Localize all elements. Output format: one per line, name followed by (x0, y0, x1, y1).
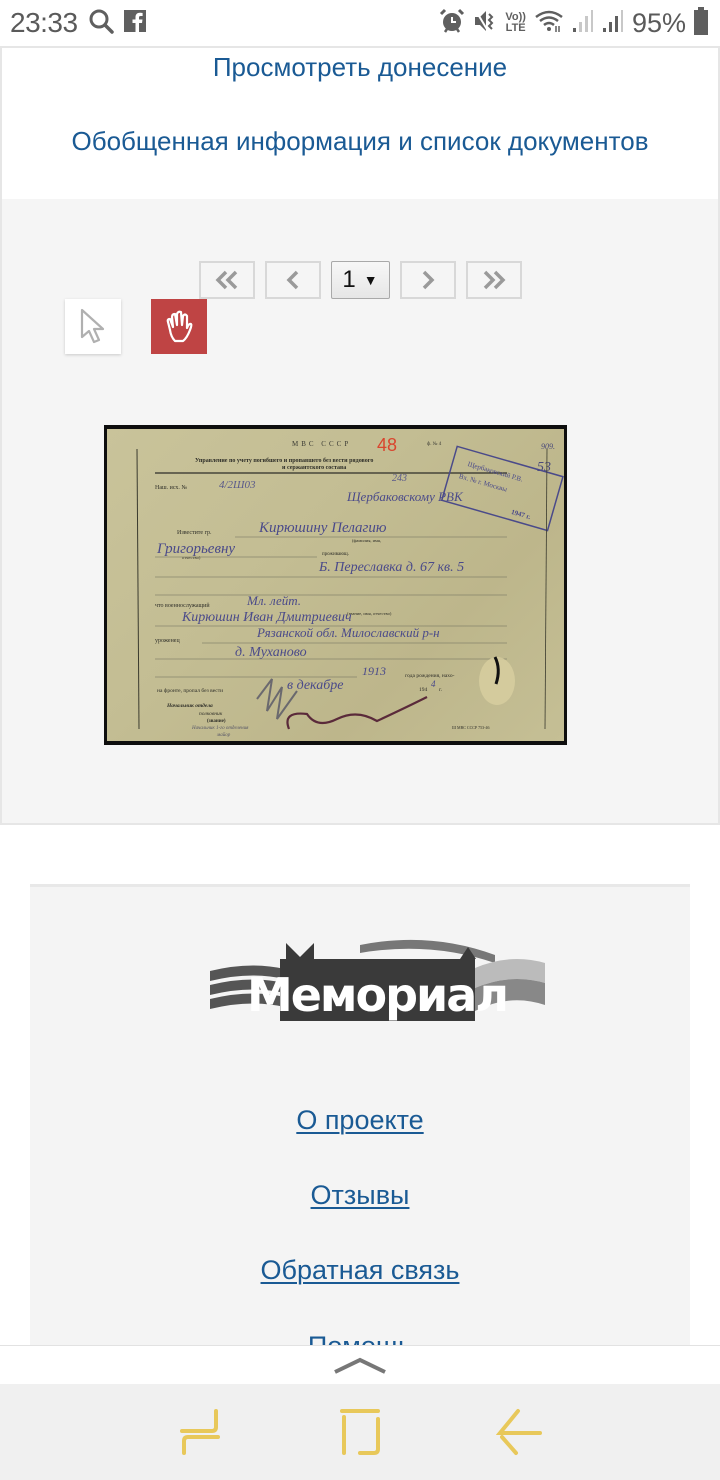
svg-text:Наш. исх. №: Наш. исх. № (155, 485, 187, 491)
svg-text:4/2Ш03: 4/2Ш03 (219, 479, 256, 491)
svg-text:Мемориал: Мемориал (247, 968, 507, 1022)
svg-text:1913: 1913 (362, 664, 386, 678)
next-page-button[interactable] (400, 261, 456, 299)
reviews-link[interactable]: Отзывы (311, 1180, 410, 1210)
battery-percent: 95% (632, 8, 686, 39)
svg-text:(звание, имя, отчество): (звание, имя, отчество) (347, 611, 392, 617)
svg-text:Управление по учету погибшего: Управление по учету погибшего и пропавше… (195, 457, 373, 464)
facebook-icon (124, 10, 146, 37)
svg-text:Начальник 1-го отделения: Начальник 1-го отделения (191, 726, 249, 731)
home-button[interactable] (330, 1402, 390, 1462)
first-page-button[interactable] (199, 261, 255, 299)
feedback-link[interactable]: Обратная связь (261, 1255, 460, 1285)
svg-text:проживающ.: проживающ. (322, 552, 349, 557)
search-icon (88, 8, 114, 39)
svg-text:Кирюшину Пелагию: Кирюшину Пелагию (258, 520, 387, 536)
svg-text:Б. Переславка д. 67 кв. 5: Б. Переславка д. 67 кв. 5 (318, 560, 464, 575)
volte-icon: Vo)) LTE (505, 12, 526, 34)
back-icon (496, 1407, 544, 1457)
archive-document-image[interactable]: МВС СССР 48 ф. № 4 909. 53 Управление по… (104, 425, 567, 745)
about-project-link[interactable]: О проекте (296, 1105, 423, 1135)
svg-text:909.: 909. (541, 442, 555, 451)
prev-page-button[interactable] (265, 261, 321, 299)
document-viewer: 1 ▼ МВС СССР (0, 199, 720, 825)
double-chevron-right-icon (480, 269, 508, 291)
svg-text:что военнослужащий: что военнослужащий (155, 602, 210, 609)
svg-text:Кирюшин Иван Дмитриевич: Кирюшин Иван Дмитриевич (181, 610, 352, 625)
memorial-logo[interactable]: Мемориал (210, 923, 550, 1033)
svg-text:года рождения, нахо-: года рождения, нахо- (405, 673, 455, 679)
footer-card: Мемориал О проекте Отзывы Обратная связь… (30, 884, 690, 1384)
viewer-tools (65, 299, 207, 354)
svg-text:Ш МВС СССР 753-46: Ш МВС СССР 753-46 (452, 725, 490, 730)
wifi-icon (534, 9, 564, 38)
volte-bottom: LTE (506, 22, 526, 34)
cursor-arrow-icon (78, 307, 108, 347)
report-links-panel: Просмотреть донесение Обобщенная информа… (0, 48, 720, 200)
svg-text:Мл. лейт.: Мл. лейт. (246, 593, 301, 608)
home-icon (336, 1407, 384, 1457)
svg-text:полковник: полковник (199, 711, 223, 717)
svg-text:Начальник отдела: Начальник отдела (166, 702, 213, 709)
svg-text:МВС СССР: МВС СССР (292, 440, 351, 448)
status-bar: 23:33 Vo)) LTE (0, 0, 720, 48)
svg-text:(звание): (звание) (207, 719, 226, 724)
pointer-tool-button[interactable] (65, 299, 121, 354)
hand-tool-button[interactable] (151, 299, 207, 354)
recent-apps-icon (176, 1407, 224, 1457)
svg-text:и сержантского состава: и сержантского состава (282, 465, 346, 471)
document-paper: МВС СССР 48 ф. № 4 909. 53 Управление по… (107, 429, 564, 741)
signal-icon (602, 9, 624, 38)
svg-text:майор: майор (216, 732, 231, 738)
pager: 1 ▼ (2, 261, 718, 299)
svg-text:г.: г. (439, 687, 443, 693)
chevron-up-icon (333, 1356, 387, 1376)
recent-apps-button[interactable] (170, 1402, 230, 1462)
svg-text:(фамилия, имя,: (фамилия, имя, (352, 538, 381, 544)
alarm-icon (439, 8, 465, 39)
hand-icon (161, 308, 197, 346)
svg-text:48: 48 (377, 435, 397, 455)
svg-text:243: 243 (392, 473, 407, 484)
svg-text:4: 4 (431, 679, 436, 689)
svg-text:уроженец: уроженец (155, 638, 180, 644)
summary-info-link[interactable]: Обобщенная информация и список документо… (2, 126, 718, 157)
vibrate-mute-icon (473, 8, 497, 39)
navigation-bar (0, 1384, 720, 1480)
svg-text:д. Муханово: д. Муханово (235, 645, 307, 660)
page: 23:33 Vo)) LTE (0, 0, 720, 1480)
svg-text:в декабре: в декабре (287, 678, 344, 693)
double-chevron-left-icon (213, 269, 241, 291)
dropdown-triangle-icon: ▼ (364, 272, 378, 288)
svg-text:1947 г.: 1947 г. (510, 508, 532, 521)
page-select[interactable]: 1 ▼ (331, 261, 390, 299)
scroll-to-top-bar[interactable] (0, 1345, 720, 1385)
svg-text:ф. № 4: ф. № 4 (427, 441, 442, 447)
status-time: 23:33 (10, 7, 78, 39)
svg-text:Известите гр.: Известите гр. (177, 530, 212, 536)
last-page-button[interactable] (466, 261, 522, 299)
svg-text:на фронте, пропал без вести: на фронте, пропал без вести (157, 687, 223, 694)
current-page: 1 (342, 266, 355, 294)
svg-text:Рязанской обл. Милославский р-: Рязанской обл. Милославский р-н (256, 625, 440, 640)
chevron-left-icon (283, 269, 303, 291)
svg-text:194: 194 (419, 687, 428, 693)
chevron-right-icon (418, 269, 438, 291)
signal-icon (572, 9, 594, 38)
view-report-link[interactable]: Просмотреть донесение (2, 52, 718, 83)
svg-text:отчество): отчество) (182, 555, 201, 560)
battery-icon (694, 7, 708, 40)
back-button[interactable] (490, 1402, 550, 1462)
